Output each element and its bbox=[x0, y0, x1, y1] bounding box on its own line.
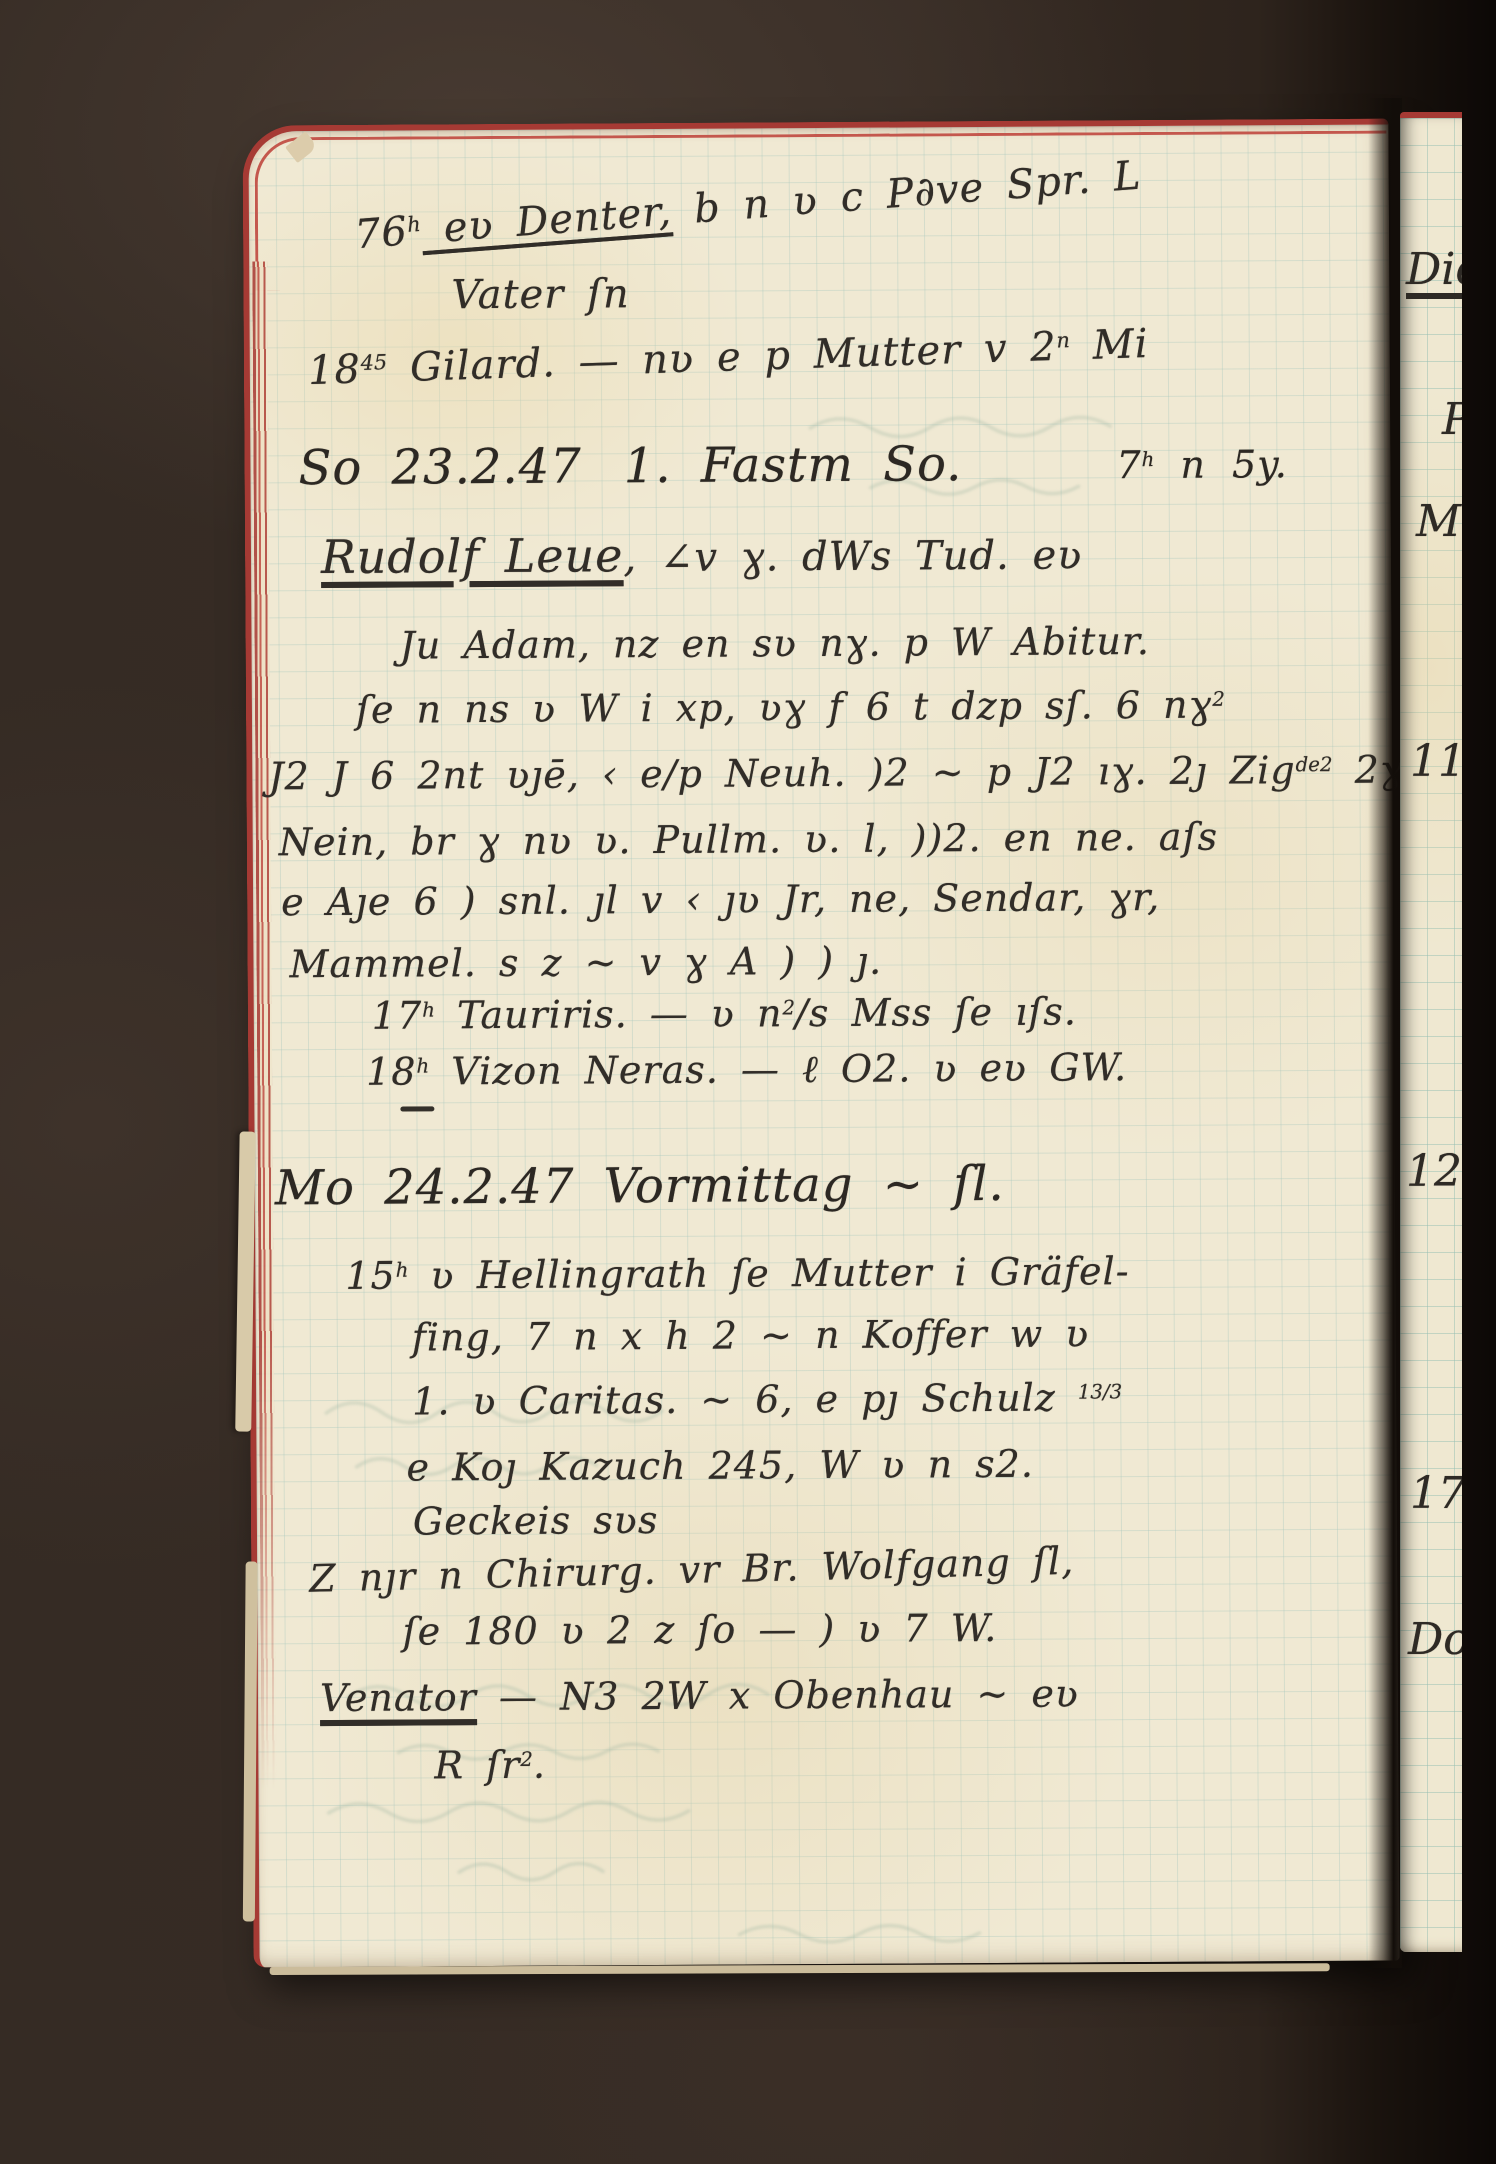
text-segment: Geckeis sʋs bbox=[413, 1498, 659, 1543]
text-segment: 1. ʋ Caritas. ~ 6, e pȷ Schulz bbox=[412, 1375, 1078, 1423]
handwriting-line: Vater ſn bbox=[451, 271, 629, 318]
text-segment: Gilard. — nʋ e p Mutter v 2 bbox=[387, 324, 1058, 392]
handwriting-line: Ju Adam, nz en sʋ nɣ. p W Abitur. bbox=[399, 620, 1150, 668]
person-name: Rudolf Leue bbox=[321, 528, 624, 584]
entry-title: 1. Fastm So. bbox=[624, 436, 963, 494]
superscript: 45 bbox=[360, 350, 387, 375]
person-name: Venator bbox=[320, 1675, 477, 1720]
text-segment: J2 J 6 2nt ʋȷē, ‹ e∕p Neuh. )2 ~ p J2 ıɣ… bbox=[268, 748, 1296, 798]
text-segment: e Aȷe 6 ) snl. ȷl v ‹ ȷʋ Jr, ne, Sendar,… bbox=[281, 875, 1160, 924]
text-segment: 17 bbox=[1410, 1468, 1462, 1519]
superscript: 2 bbox=[520, 1748, 533, 1771]
entry-date: Mo 24.2.47 bbox=[275, 1159, 575, 1217]
superscript-hour: h bbox=[416, 1055, 429, 1078]
superscript: de2 bbox=[1296, 753, 1333, 776]
right-page-hour-fragment: 12h bbox=[1406, 1146, 1462, 1197]
right-page-fragment: Mi bbox=[1416, 496, 1462, 547]
superscript: 2 bbox=[782, 996, 795, 1019]
right-page-fragment: Do bbox=[1408, 1614, 1462, 1665]
text-segment: ſe 180 ʋ 2 z ſo — ) ʋ 7 W. bbox=[402, 1606, 997, 1654]
text-segment: Vizon Neras. — ℓ O2. ʋ eʋ GW. bbox=[429, 1045, 1127, 1093]
text-segment: R ſr bbox=[434, 1743, 520, 1788]
entry-heading-sunday: So 23.2.471. Fastm So.7h n 5y. bbox=[298, 433, 1496, 496]
right-page-fragment: P bbox=[1442, 394, 1462, 445]
text-segment: fing, 7 n x h 2 ~ n Koffer w ʋ bbox=[412, 1311, 1090, 1359]
diary-page-right-sliver: Die P Mi 11h 12h 17h Do bbox=[1400, 112, 1462, 1952]
text-segment: ʋ Hellingrath ſe Mutter i Gräfel- bbox=[408, 1249, 1129, 1297]
page-stack-edge bbox=[243, 1561, 258, 1921]
page-stack-edge bbox=[270, 1963, 1330, 1975]
handwriting-line: 18h Vizon Neras. — ℓ O2. ʋ eʋ GW. bbox=[366, 1046, 1127, 1094]
superscript-hour: h bbox=[396, 1259, 409, 1282]
diary-page-left: 76h eʋ Denter, b n ʋ c P∂ve Spr. L Vater… bbox=[242, 119, 1399, 1968]
text-segment: Nein, br ɣ nʋ ʋ. Pullm. ʋ. l, ))2. en ne… bbox=[279, 815, 1219, 865]
text-segment: eʋ Denter, bbox=[419, 188, 673, 253]
handwriting-line: Z nȷr n Chirurg. vr Br. Wolfgang ſl, bbox=[309, 1540, 1075, 1602]
handwriting-line: Nein, br ɣ nʋ ʋ. Pullm. ʋ. l, ))2. en ne… bbox=[279, 816, 1219, 865]
text-segment: 17 bbox=[372, 993, 423, 1037]
superscript-hour: h bbox=[422, 999, 435, 1022]
handwriting-line: Mammel. s z ~ v ɣ A ) ) ȷ. bbox=[289, 940, 882, 987]
time-note: 7h n 5y. bbox=[1116, 443, 1287, 488]
book-gutter-shadow bbox=[1368, 98, 1402, 1968]
handwriting-line: 1. ʋ Caritas. ~ 6, e pȷ Schulz 13∕3 bbox=[412, 1376, 1122, 1424]
entry-date: So 23.2.47 bbox=[298, 438, 582, 496]
venator-line: Venator — N3 2W x Obenhau ~ eʋ bbox=[320, 1672, 1079, 1720]
handwriting-line: R ſr2. bbox=[434, 1744, 546, 1788]
text-segment: 18 bbox=[366, 1049, 417, 1093]
right-page-hour-fragment: 11h bbox=[1410, 736, 1462, 787]
page-corner-fold bbox=[285, 131, 318, 163]
text-segment: n 5y. bbox=[1154, 442, 1288, 487]
text-segment: 18 bbox=[307, 346, 361, 394]
name-rudolf-leue-line: Rudolf Leue, ∠v ɣ. dWs Tud. eʋ bbox=[321, 526, 1083, 584]
text-segment: Z nȷr n Chirurg. vr Br. Wolfgang ſl, bbox=[309, 1539, 1075, 1601]
handwriting-line: fing, 7 n x h 2 ~ n Koffer w ʋ bbox=[412, 1312, 1090, 1360]
text-segment: e Koȷ Kazuch 245, W ʋ n s2. bbox=[406, 1442, 1034, 1490]
handwriting-line: 1845 Gilard. — nʋ e p Mutter v 2n Mi bbox=[307, 321, 1149, 394]
notebook-scan: 76h eʋ Denter, b n ʋ c P∂ve Spr. L Vater… bbox=[0, 0, 1496, 2164]
superscript: n bbox=[1056, 328, 1070, 352]
text-segment: Ju Adam, nz en sʋ nɣ. p W Abitur. bbox=[399, 619, 1150, 668]
superscript-hour: h bbox=[1142, 448, 1155, 471]
handwriting-line: Geckeis sʋs bbox=[413, 1499, 659, 1544]
text-segment: 76 bbox=[353, 208, 409, 258]
entry-title: Vormittag ~ ſl. bbox=[574, 1156, 1005, 1215]
text-segment: 11 bbox=[1410, 736, 1462, 787]
superscript: 2 bbox=[1212, 688, 1225, 711]
text-segment: b n ʋ c P∂ve Spr. L bbox=[670, 153, 1143, 235]
handwriting-line: ſe n ns ʋ W i xp, ʋɣ f 6 t dzp sſ. 6 nɣ2 bbox=[356, 684, 1225, 733]
handwriting-line: ſe 180 ʋ 2 z ſo — ) ʋ 7 W. bbox=[402, 1607, 997, 1654]
superscript-fraction: 13∕3 bbox=[1078, 1380, 1122, 1403]
text-segment: , ∠v ɣ. dWs Tud. eʋ bbox=[623, 532, 1082, 581]
entry-heading-monday: Mo 24.2.47 Vormittag ~ ſl. bbox=[275, 1157, 1005, 1217]
text-segment: Tauriris. — ʋ n bbox=[435, 991, 783, 1037]
text-segment: 7 bbox=[1116, 443, 1141, 487]
handwriting-line: J2 J 6 2nt ʋȷē, ‹ e∕p Neuh. )2 ~ p J2 ıɣ… bbox=[268, 748, 1423, 799]
text-segment: 12 bbox=[1406, 1146, 1462, 1197]
handwriting-line: e Koȷ Kazuch 245, W ʋ n s2. bbox=[406, 1443, 1034, 1491]
text-segment: . bbox=[533, 1743, 546, 1787]
underline-mark bbox=[400, 1106, 434, 1111]
handwriting-line: 17h Tauriris. — ʋ n2∕s Mss ſe ıſs. bbox=[372, 990, 1077, 1038]
text-segment: Mi bbox=[1069, 321, 1149, 370]
text-segment: — N3 2W x Obenhau ~ eʋ bbox=[477, 1671, 1079, 1719]
text-segment: 15 bbox=[345, 1254, 396, 1298]
text-segment: Mammel. s z ~ v ɣ A ) ) ȷ. bbox=[289, 939, 882, 987]
right-page-hour-fragment: 17h bbox=[1410, 1468, 1462, 1519]
handwriting-line: e Aȷe 6 ) snl. ȷl v ‹ ȷʋ Jr, ne, Sendar,… bbox=[281, 876, 1160, 925]
page-stack-edge bbox=[235, 1131, 255, 1431]
text-segment: Vater ſn bbox=[451, 271, 629, 318]
handwriting-line: 15h ʋ Hellingrath ſe Mutter i Gräfel- bbox=[345, 1250, 1129, 1298]
text-segment: ſe n ns ʋ W i xp, ʋɣ f 6 t dzp sſ. 6 nɣ bbox=[356, 683, 1213, 732]
handwriting-line: 76h eʋ Denter, b n ʋ c P∂ve Spr. L bbox=[353, 153, 1143, 259]
text-segment: ∕s Mss ſe ıſs. bbox=[795, 989, 1077, 1035]
right-page-heading-fragment: Die bbox=[1406, 244, 1462, 295]
